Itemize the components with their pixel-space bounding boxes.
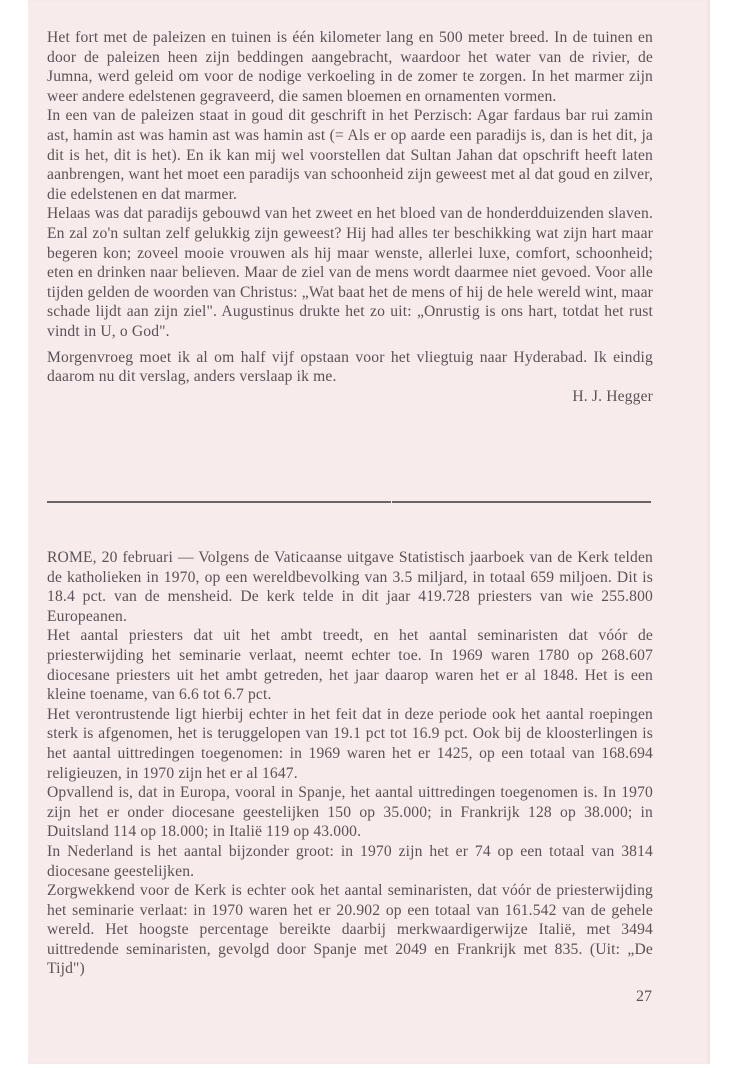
paragraph: ROME, 20 februari — Volgens de Vaticaans… — [47, 548, 653, 626]
paragraph: In een van de paleizen staat in goud dit… — [47, 106, 653, 204]
paragraph: Opvallend is, dat in Europa, vooral in S… — [47, 783, 653, 842]
paragraph: Morgenvroeg moet ik al om half vijf opst… — [47, 348, 653, 387]
article-hegger: Het fort met de paleizen en tuinen is éé… — [47, 28, 653, 406]
section-divider — [47, 501, 391, 503]
paragraph: Het verontrustende ligt hierbij echter i… — [47, 705, 653, 783]
paragraph: Het aantal priesters dat uit het ambt tr… — [47, 626, 653, 704]
paragraph: In Nederland is het aantal bijzonder gro… — [47, 842, 653, 881]
paragraph: Het fort met de paleizen en tuinen is éé… — [47, 28, 653, 106]
page-number: 27 — [636, 988, 652, 1006]
paragraph: Zorgwekkend voor de Kerk is echter ook h… — [47, 881, 653, 979]
article-rome: ROME, 20 februari — Volgens de Vaticaans… — [47, 548, 653, 979]
author-signature: H. J. Hegger — [47, 387, 653, 407]
document-page: Het fort met de paleizen en tuinen is éé… — [28, 0, 710, 1064]
section-divider — [392, 501, 651, 503]
paragraph: Helaas was dat paradijs gebouwd van het … — [47, 204, 653, 341]
